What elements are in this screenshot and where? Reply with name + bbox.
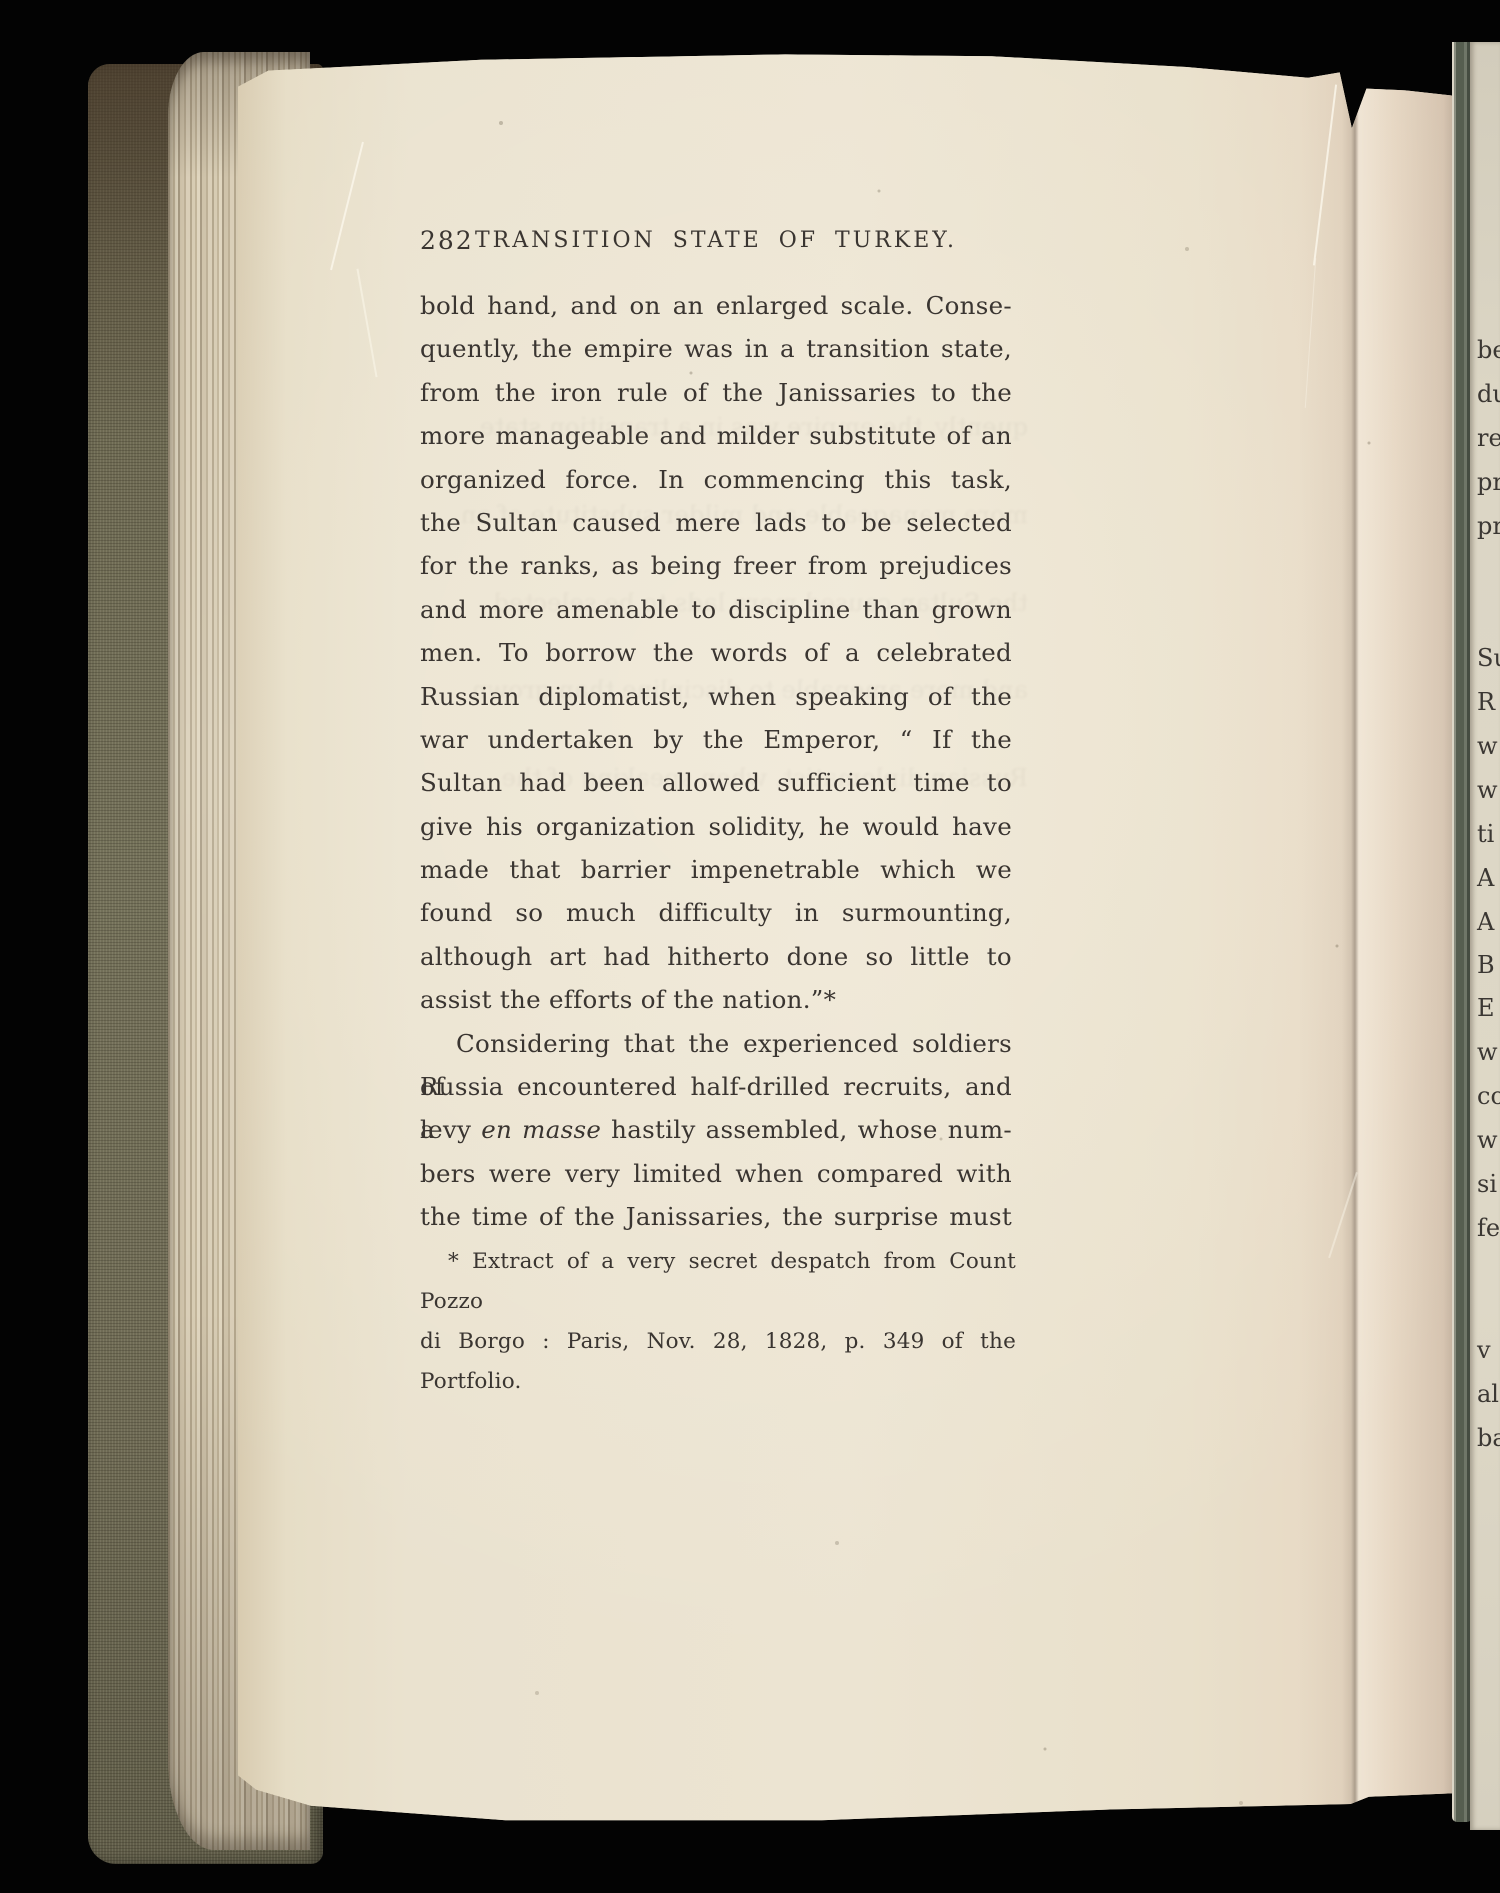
- page-fragment: ti: [1477, 822, 1494, 846]
- text-line: found so much difficulty in surmounting,: [420, 891, 1012, 934]
- gutter-crease: [1298, 40, 1454, 1840]
- text-line: the Sultan caused mere lads to be select…: [420, 501, 1012, 544]
- text-line: more manageable and milder substitute of…: [420, 414, 1012, 457]
- text-line: the time of the Janissaries, the surpris…: [420, 1195, 1012, 1238]
- page-fragment: Su: [1477, 646, 1500, 670]
- text-line: Russia encountered half-drilled recruits…: [420, 1065, 1012, 1108]
- text-line: bers were very limited when compared wit…: [420, 1152, 1012, 1195]
- page-fragment: v: [1477, 1338, 1491, 1362]
- facing-page: bedurespropreSuRwwtiAABEwcowsifevalba: [1470, 42, 1500, 1830]
- running-title: TRANSITION STATE OF TURKEY.: [420, 224, 1012, 253]
- paper-crack: [330, 142, 364, 271]
- text-line: war undertaken by the Emperor, “ If the: [420, 718, 1012, 761]
- text-line: from the iron rule of the Janissaries to…: [420, 371, 1012, 414]
- page-fragment: A: [1477, 910, 1494, 934]
- binding-gap: [1452, 42, 1472, 1822]
- page-fragment: al: [1477, 1382, 1499, 1406]
- text-segment: hastily assembled, whose num-: [601, 1115, 1012, 1144]
- book-scan: quently, the empire was in a transition …: [0, 0, 1500, 1893]
- page-fragment: be: [1477, 338, 1500, 362]
- footnote: * Extract of a very secret despatch from…: [420, 1242, 1016, 1402]
- page-fragment: pre: [1477, 514, 1500, 538]
- paper-crack: [356, 269, 377, 378]
- text-line: and more amenable to discipline than gro…: [420, 588, 1012, 631]
- page-number: 282: [420, 226, 474, 255]
- page-fragment: ba: [1477, 1426, 1500, 1450]
- text-line: Considering that the experienced soldier…: [420, 1022, 1012, 1065]
- page-fragment: w: [1477, 1040, 1498, 1064]
- footnote-line: di Borgo : Paris, Nov. 28, 1828, p. 349 …: [420, 1322, 1016, 1402]
- text-line: organized force. In commencing this task…: [420, 458, 1012, 501]
- page-fragment: si: [1477, 1172, 1497, 1196]
- page-fragment: B: [1477, 953, 1495, 977]
- text-line: Sultan had been allowed sufficient time …: [420, 761, 1012, 804]
- text-line: made that barrier impenetrable which we: [420, 848, 1012, 891]
- page-fragment: R: [1477, 690, 1495, 714]
- body-text: bold hand, and on an enlarged scale. Con…: [420, 284, 1012, 1239]
- page-fragment: fe: [1477, 1216, 1500, 1240]
- page-fragment: A: [1477, 866, 1494, 890]
- page-fragment: du: [1477, 382, 1500, 406]
- page-fragment: pro: [1477, 470, 1500, 494]
- text-line: men. To borrow the words of a celebrated: [420, 631, 1012, 674]
- page-fragment: w: [1477, 1128, 1498, 1152]
- page-fragment: E: [1477, 996, 1495, 1020]
- italic-phrase: en masse: [481, 1115, 601, 1144]
- page-fragment: res: [1477, 426, 1500, 450]
- page-fragment: w: [1477, 734, 1498, 758]
- text-line: quently, the empire was in a transition …: [420, 327, 1012, 370]
- text-line: although art had hitherto done so little…: [420, 935, 1012, 978]
- dust-specks: [238, 40, 240, 42]
- running-header: 282 TRANSITION STATE OF TURKEY.: [420, 224, 1012, 264]
- page-fragment: co: [1477, 1084, 1500, 1108]
- text-line: Russian diplomatist, when speaking of th…: [420, 675, 1012, 718]
- page-fragment: w: [1477, 778, 1498, 802]
- text-line: levy en masse hastily assembled, whose n…: [420, 1108, 1012, 1151]
- text-line: give his organization solidity, he would…: [420, 805, 1012, 848]
- book-page: quently, the empire was in a transition …: [238, 40, 1454, 1840]
- text-line: for the ranks, as being freer from preju…: [420, 544, 1012, 587]
- text-segment: levy: [420, 1115, 481, 1144]
- footnote-line: * Extract of a very secret despatch from…: [420, 1242, 1016, 1322]
- text-line: bold hand, and on an enlarged scale. Con…: [420, 284, 1012, 327]
- text-line: assist the efforts of the nation.”*: [420, 978, 1012, 1021]
